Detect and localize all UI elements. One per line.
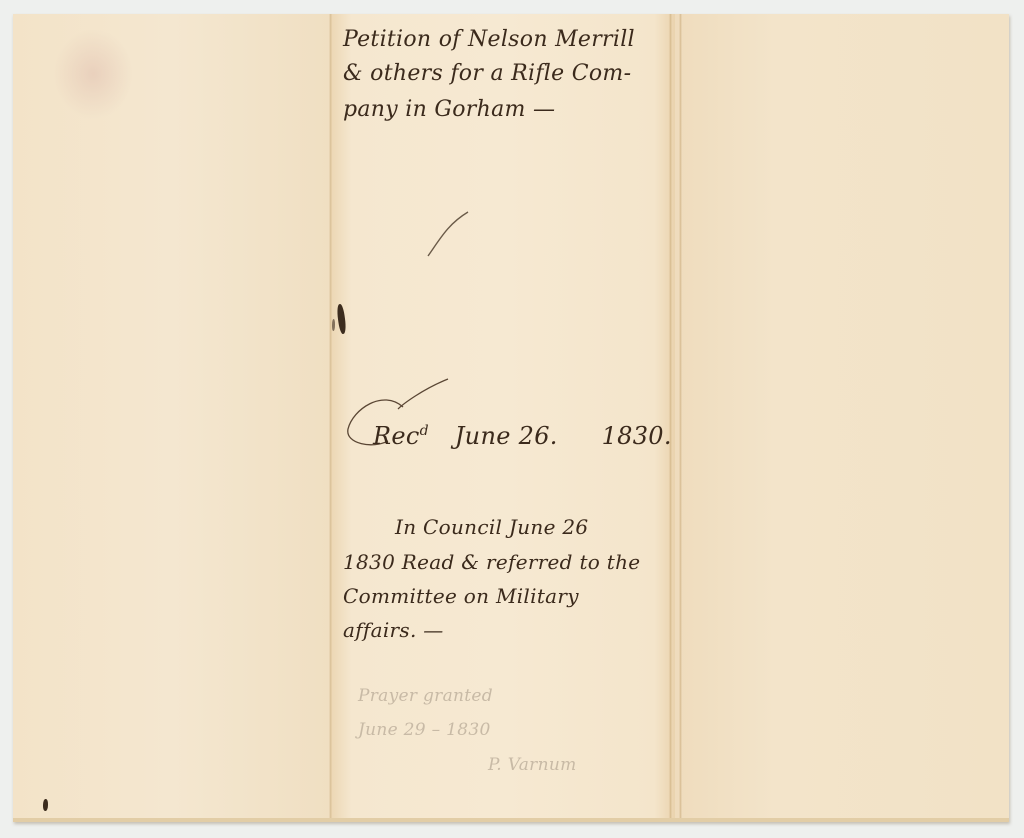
fold-line-right: [669, 14, 672, 822]
right-panel: [675, 14, 1009, 822]
council-line-4: affairs. —: [343, 614, 444, 647]
received-year: 1830.: [602, 422, 672, 450]
received-prefix: Rec: [373, 422, 420, 450]
pen-stroke-mark: [418, 204, 478, 264]
council-line-2: 1830 Read & referred to the: [343, 546, 640, 579]
paper-sheet: Petition of Nelson Merrill & others for …: [13, 14, 1009, 822]
fold-line-right-outer: [679, 14, 682, 822]
document-scan: Petition of Nelson Merrill & others for …: [0, 0, 1024, 838]
fold-line-left: [329, 14, 332, 822]
docket-title-line-3: pany in Gorham —: [343, 94, 555, 126]
docket-title-line-1: Petition of Nelson Merrill: [343, 24, 635, 56]
received-superscript: d: [420, 423, 429, 439]
left-panel: [13, 14, 331, 822]
received-day: June 26.: [455, 422, 558, 450]
docket-title-line-2: & others for a Rifle Com-: [343, 58, 631, 90]
pencil-note-line-1: Prayer granted: [358, 682, 493, 710]
ink-blot-small: [332, 319, 335, 331]
council-line-1: In Council June 26: [395, 511, 588, 544]
pencil-note-signature: P. Varnum: [488, 751, 577, 779]
pencil-note-line-2: June 29 – 1830: [358, 716, 491, 744]
ink-spot-corner: [43, 799, 48, 811]
received-date: Recd June 26. 1830.: [373, 422, 672, 450]
council-line-3: Committee on Military: [343, 580, 579, 613]
